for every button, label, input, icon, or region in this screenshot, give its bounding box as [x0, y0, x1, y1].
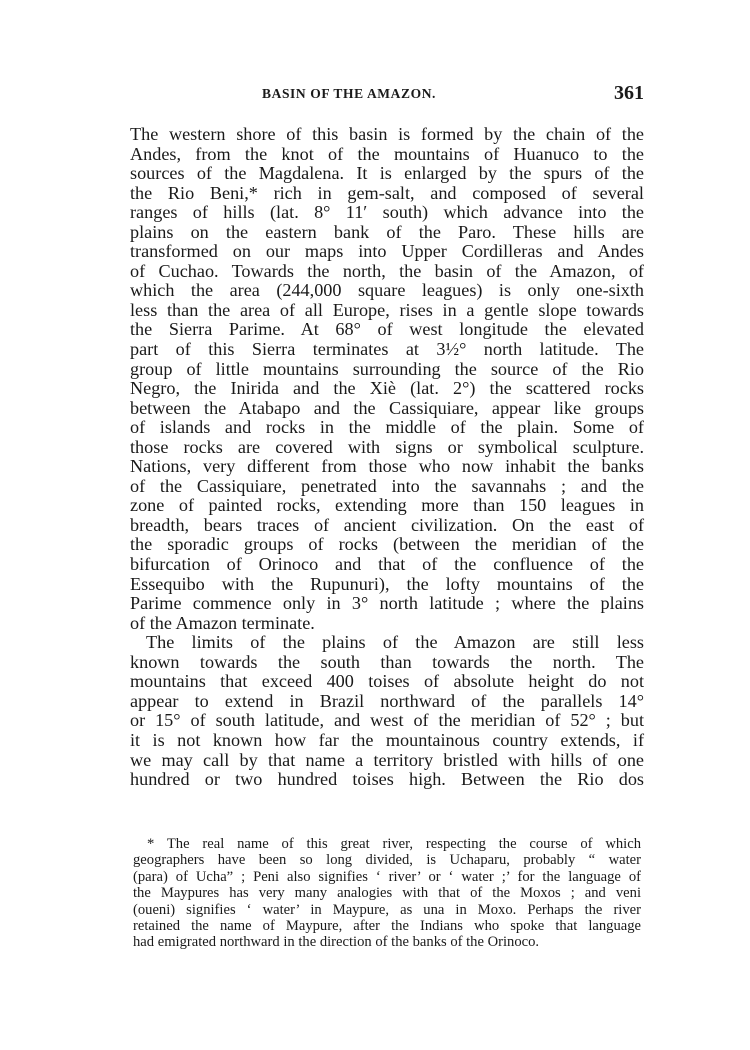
paragraph-start-line: The limits of the plains of the Amazon a…	[130, 633, 644, 653]
body-line: breadth, bears traces of ancient civiliz…	[130, 516, 644, 536]
body-line: the Sierra Parime. At 68° of west longit…	[130, 320, 644, 340]
body-line: of the Cassiquiare, penetrated into the …	[130, 477, 644, 497]
body-line: of Cuchao. Towards the north, the basin …	[130, 262, 644, 282]
body-line: appear to extend in Brazil northward of …	[130, 692, 644, 712]
body-line: part of this Sierra terminates at 3½° no…	[130, 340, 644, 360]
body-line: the Rio Beni,* rich in gem-salt, and com…	[130, 184, 644, 204]
body-line: plains on the eastern bank of the Paro. …	[130, 223, 644, 243]
body-line: ranges of hills (lat. 8° 11′ south) whic…	[130, 203, 644, 223]
body-line: bifurcation of Orinoco and that of the c…	[130, 555, 644, 575]
footnote-line: (para) of Ucha” ; Peni also signifies ‘ …	[133, 869, 641, 885]
body-line: hundred or two hundred toises high. Betw…	[130, 770, 644, 790]
book-page: BASIN OF THE AMAZON. 361 The western sho…	[0, 0, 750, 1050]
page-number: 361	[614, 82, 644, 105]
body-line: Essequibo with the Rupunuri), the lofty …	[130, 575, 644, 595]
body-line: we may call by that name a territory bri…	[130, 751, 644, 771]
body-line: the sporadic groups of rocks (between th…	[130, 535, 644, 555]
body-line: Nations, very different from those who n…	[130, 457, 644, 477]
body-line: Negro, the Inirida and the Xiè (lat. 2°)…	[130, 379, 644, 399]
body-line: The western shore of this basin is forme…	[130, 125, 644, 145]
body-line: less than the area of all Europe, rises …	[130, 301, 644, 321]
footnote-line: (oueni) signifies ‘ water’ in Maypure, a…	[133, 902, 641, 918]
footnote-line: * The real name of this great river, res…	[133, 836, 641, 852]
body-line: between the Atabapo and the Cassiquiare,…	[130, 399, 644, 419]
footnote-line: geographers have been so long divided, i…	[133, 852, 641, 868]
footnote-line: retained the name of Maypure, after the …	[133, 918, 641, 934]
body-text: The western shore of this basin is forme…	[130, 125, 644, 790]
body-line: Andes, from the knot of the mountains of…	[130, 145, 644, 165]
footnote: * The real name of this great river, res…	[133, 836, 641, 951]
running-head: BASIN OF THE AMAZON. 361	[130, 82, 644, 106]
body-line: or 15° of south latitude, and west of th…	[130, 711, 644, 731]
footnote-line: the Maypures has very many analogies wit…	[133, 885, 641, 901]
body-line: sources of the Magdalena. It is enlarged…	[130, 164, 644, 184]
body-line: it is not known how far the mountainous …	[130, 731, 644, 751]
body-line: transformed on our maps into Upper Cordi…	[130, 242, 644, 262]
body-line: which the area (244,000 square leagues) …	[130, 281, 644, 301]
body-line: zone of painted rocks, extending more th…	[130, 496, 644, 516]
body-line: those rocks are covered with signs or sy…	[130, 438, 644, 458]
running-title: BASIN OF THE AMAZON.	[262, 86, 436, 102]
footnote-line: had emigrated northward in the direction…	[133, 934, 641, 950]
body-line: mountains that exceed 400 toises of abso…	[130, 672, 644, 692]
body-line: of islands and rocks in the middle of th…	[130, 418, 644, 438]
body-line: known towards the south than towards the…	[130, 653, 644, 673]
body-line: of the Amazon terminate.	[130, 614, 644, 634]
body-line: group of little mountains surrounding th…	[130, 360, 644, 380]
body-line: Parime commence only in 3° north latitud…	[130, 594, 644, 614]
